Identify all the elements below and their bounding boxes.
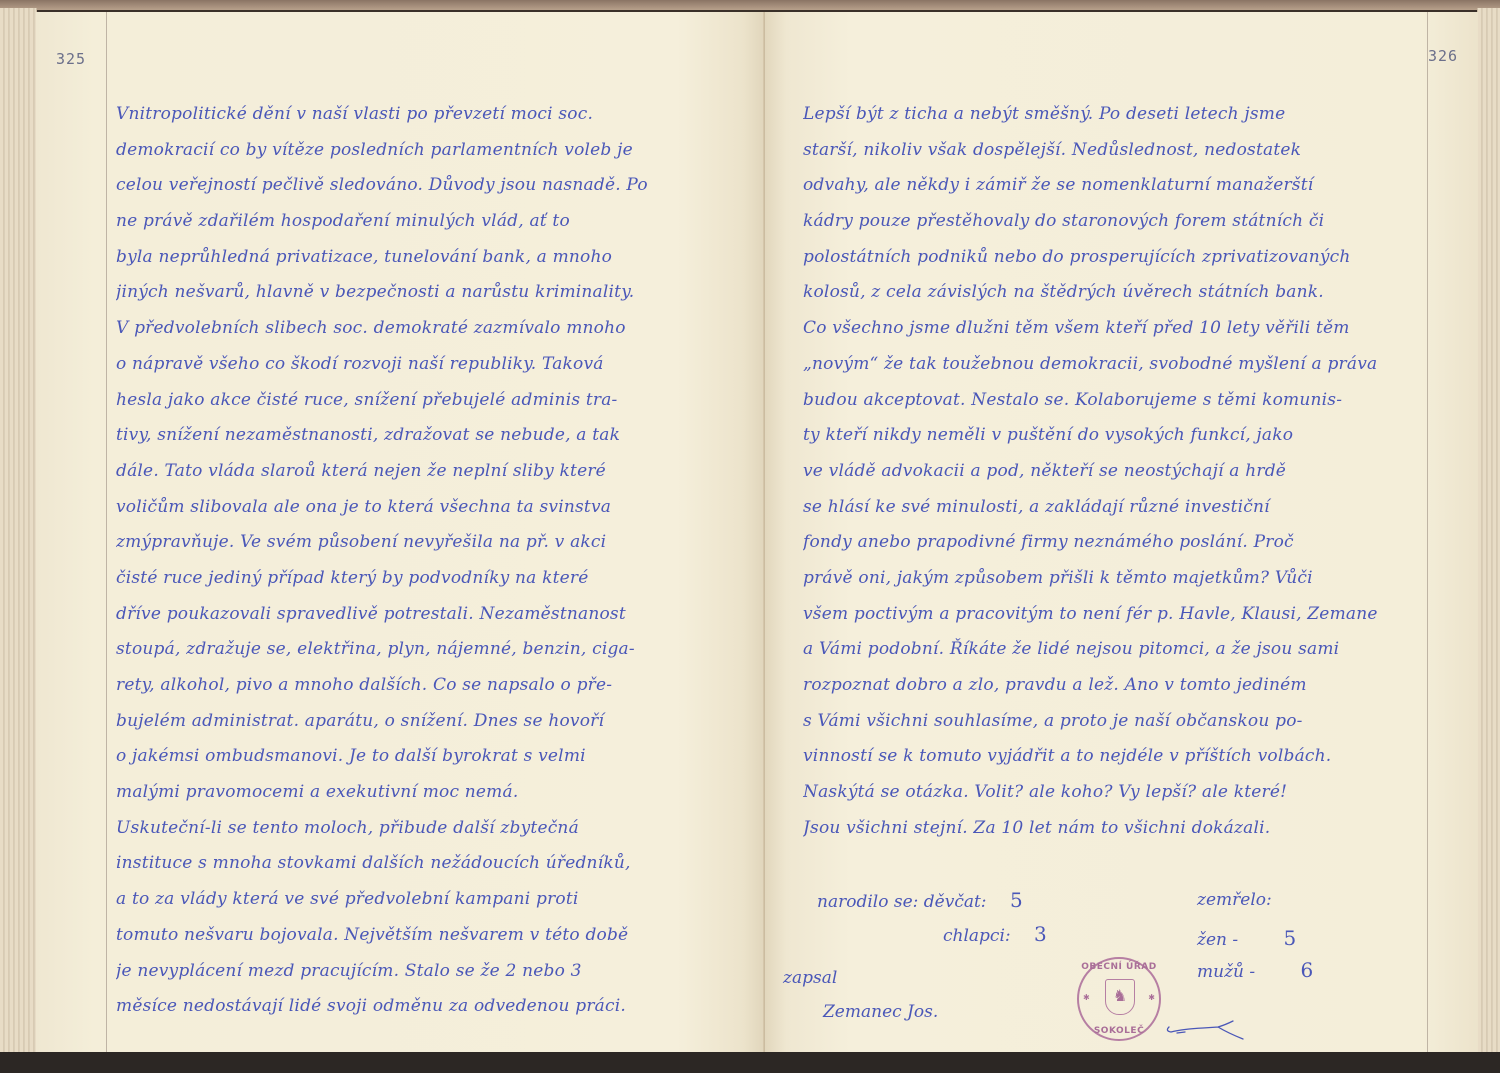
text-line: s Vámi všichni souhlasíme, a proto je na… [803, 704, 1433, 740]
text-line: jiných nešvarů, hlavně v bezpečnosti a n… [116, 275, 756, 311]
women-label: žen - [1197, 930, 1238, 950]
book-bottom-shadow [0, 1052, 1500, 1073]
text-line: kolosů, z cela závislých na štědrých úvě… [803, 275, 1433, 311]
text-line: fondy anebo prapodivné firmy neznámého p… [803, 525, 1433, 561]
text-line: demokracií co by vítěze posledních parla… [116, 133, 756, 169]
text-line: odvahy, ale někdy i zámiř že se nomenkla… [803, 168, 1433, 204]
text-line: všem poctivým a pracovitým to není fér p… [803, 597, 1433, 633]
right-page-stack-edge [1477, 8, 1500, 1053]
women-count: 5 [1284, 926, 1297, 950]
text-line: budou akceptovat. Nestalo se. Kolaboruje… [803, 383, 1433, 419]
text-line: malými pravomocemi a exekutivní moc nemá… [116, 775, 756, 811]
text-line: Lepší být z ticha a nebýt směšný. Po des… [803, 97, 1433, 133]
stamp-top-text: OBECNÍ ÚŘAD [1079, 962, 1159, 972]
text-line: byla neprůhledná privatizace, tunelování… [116, 240, 756, 276]
boys-count: 3 [1034, 922, 1047, 946]
girls-count: 5 [1010, 888, 1023, 912]
deaths-women: žen - 5 [1197, 926, 1296, 950]
text-line: právě oni, jakým způsobem přišli k těmto… [803, 561, 1433, 597]
text-line: rozpoznat dobro a zlo, pravdu a lež. Ano… [803, 668, 1433, 704]
left-page-stack-edge [0, 8, 37, 1053]
text-line: Naskýtá se otázka. Volit? ale koho? Vy l… [803, 775, 1433, 811]
text-line: dříve poukazovali spravedlivě potrestali… [116, 597, 756, 633]
text-line: zmýpravňuje. Ve svém působení nevyřešila… [116, 525, 756, 561]
deaths-label-row: zemřelo: [1197, 890, 1272, 910]
text-line: kádry pouze přestěhovaly do staronových … [803, 204, 1433, 240]
page-number: 325 [56, 50, 86, 68]
open-chronicle-book: 325 Vnitropolitické dění v naší vlasti p… [0, 0, 1500, 1073]
men-count: 6 [1301, 958, 1314, 982]
stamp-bottom-text: SOKOLEČ [1079, 1026, 1159, 1036]
text-line: tivy, snížení nezaměstnanosti, zdražovat… [116, 418, 756, 454]
text-line: ne právě zdařilém hospodaření minulých v… [116, 204, 756, 240]
text-line: bujelém administrat. aparátu, o snížení.… [116, 704, 756, 740]
text-line: Co všechno jsme dlužni těm všem kteří př… [803, 311, 1433, 347]
text-line: stoupá, zdražuje se, elektřina, plyn, ná… [116, 632, 756, 668]
left-page: 325 Vnitropolitické dění v naší vlasti p… [36, 12, 765, 1052]
text-line: hesla jako akce čisté ruce, snížení přeb… [116, 383, 756, 419]
text-line: rety, alkohol, pivo a mnoho dalších. Co … [116, 668, 756, 704]
text-line: o jakémsi ombudsmanovi. Je to další byro… [116, 739, 756, 775]
men-label: mužů - [1197, 962, 1255, 982]
text-line: čisté ruce jediný případ který by podvod… [116, 561, 756, 597]
municipal-office-stamp: OBECNÍ ÚŘAD ✱ ✱ ♞ SOKOLEČ [1077, 957, 1161, 1041]
page-number: 326 [1428, 47, 1458, 65]
text-line: „novým“ že tak toužebnou demokracii, svo… [803, 347, 1433, 383]
signature-scribble [1163, 1015, 1258, 1045]
handwritten-text-block: Vnitropolitické dění v naší vlasti po př… [116, 97, 756, 1025]
born-label: narodilo se: [817, 892, 918, 912]
text-line: voličům slibovala ale ona je to která vš… [116, 490, 756, 526]
text-line: vinností se k tomuto vyjádřit a to nejdé… [803, 739, 1433, 775]
text-line: tomuto nešvaru bojovala. Největším nešva… [116, 918, 756, 954]
text-line: Vnitropolitické dění v naší vlasti po př… [116, 97, 756, 133]
text-line: dále. Tato vláda slaroů která nejen že n… [116, 454, 756, 490]
right-page: 326 Lepší být z ticha a nebýt směšný. Po… [765, 12, 1478, 1052]
died-label: zemřelo: [1197, 890, 1272, 910]
text-line: ty kteří nikdy neměli v puštění do vysok… [803, 418, 1433, 454]
text-line: je nevyplácení mezd pracujícím. Stalo se… [116, 954, 756, 990]
text-line: starší, nikoliv však dospělejší. Nedůsle… [803, 133, 1433, 169]
left-margin-rule [106, 12, 107, 1052]
text-line: instituce s mnoha stovkami dalších nežád… [116, 846, 756, 882]
coat-of-arms-icon: ♞ [1105, 979, 1135, 1015]
text-line: se hlásí ke své minulosti, a zakládají r… [803, 490, 1433, 526]
text-line: Uskuteční-li se tento moloch, přibude da… [116, 811, 756, 847]
births-girls: narodilo se: děvčat: 5 [817, 888, 1023, 912]
handwritten-text-block: Lepší být z ticha a nebýt směšný. Po des… [803, 97, 1433, 846]
text-line: V předvolebních slibech soc. demokraté z… [116, 311, 756, 347]
book-cover-top-edge [0, 0, 1500, 10]
deaths-men: mužů - 6 [1197, 958, 1313, 982]
text-line: ve vládě advokacii a pod, někteří se neo… [803, 454, 1433, 490]
text-line: a to za vlády která ve své předvolební k… [116, 882, 756, 918]
text-line: celou veřejností pečlivě sledováno. Důvo… [116, 168, 756, 204]
girls-label: děvčat: [924, 892, 987, 912]
text-line: a Vámi podobní. Říkáte že lidé nejsou pi… [803, 632, 1433, 668]
text-line: Jsou všichni stejní. Za 10 let nám to vš… [803, 811, 1433, 847]
text-line: polostátních podniků nebo do prosperujíc… [803, 240, 1433, 276]
stamp-star-icon: ✱ [1083, 993, 1090, 1002]
stamp-star-icon: ✱ [1148, 993, 1155, 1002]
births-boys: chlapci: 3 [943, 922, 1047, 946]
boys-label: chlapci: [943, 926, 1011, 946]
text-line: měsíce nedostávají lidé svoji odměnu za … [116, 989, 756, 1025]
author-name: Zemanec Jos. [823, 1002, 938, 1022]
text-line: o nápravě všeho co škodí rozvoji naší re… [116, 347, 756, 383]
author-label: zapsal [783, 968, 837, 988]
